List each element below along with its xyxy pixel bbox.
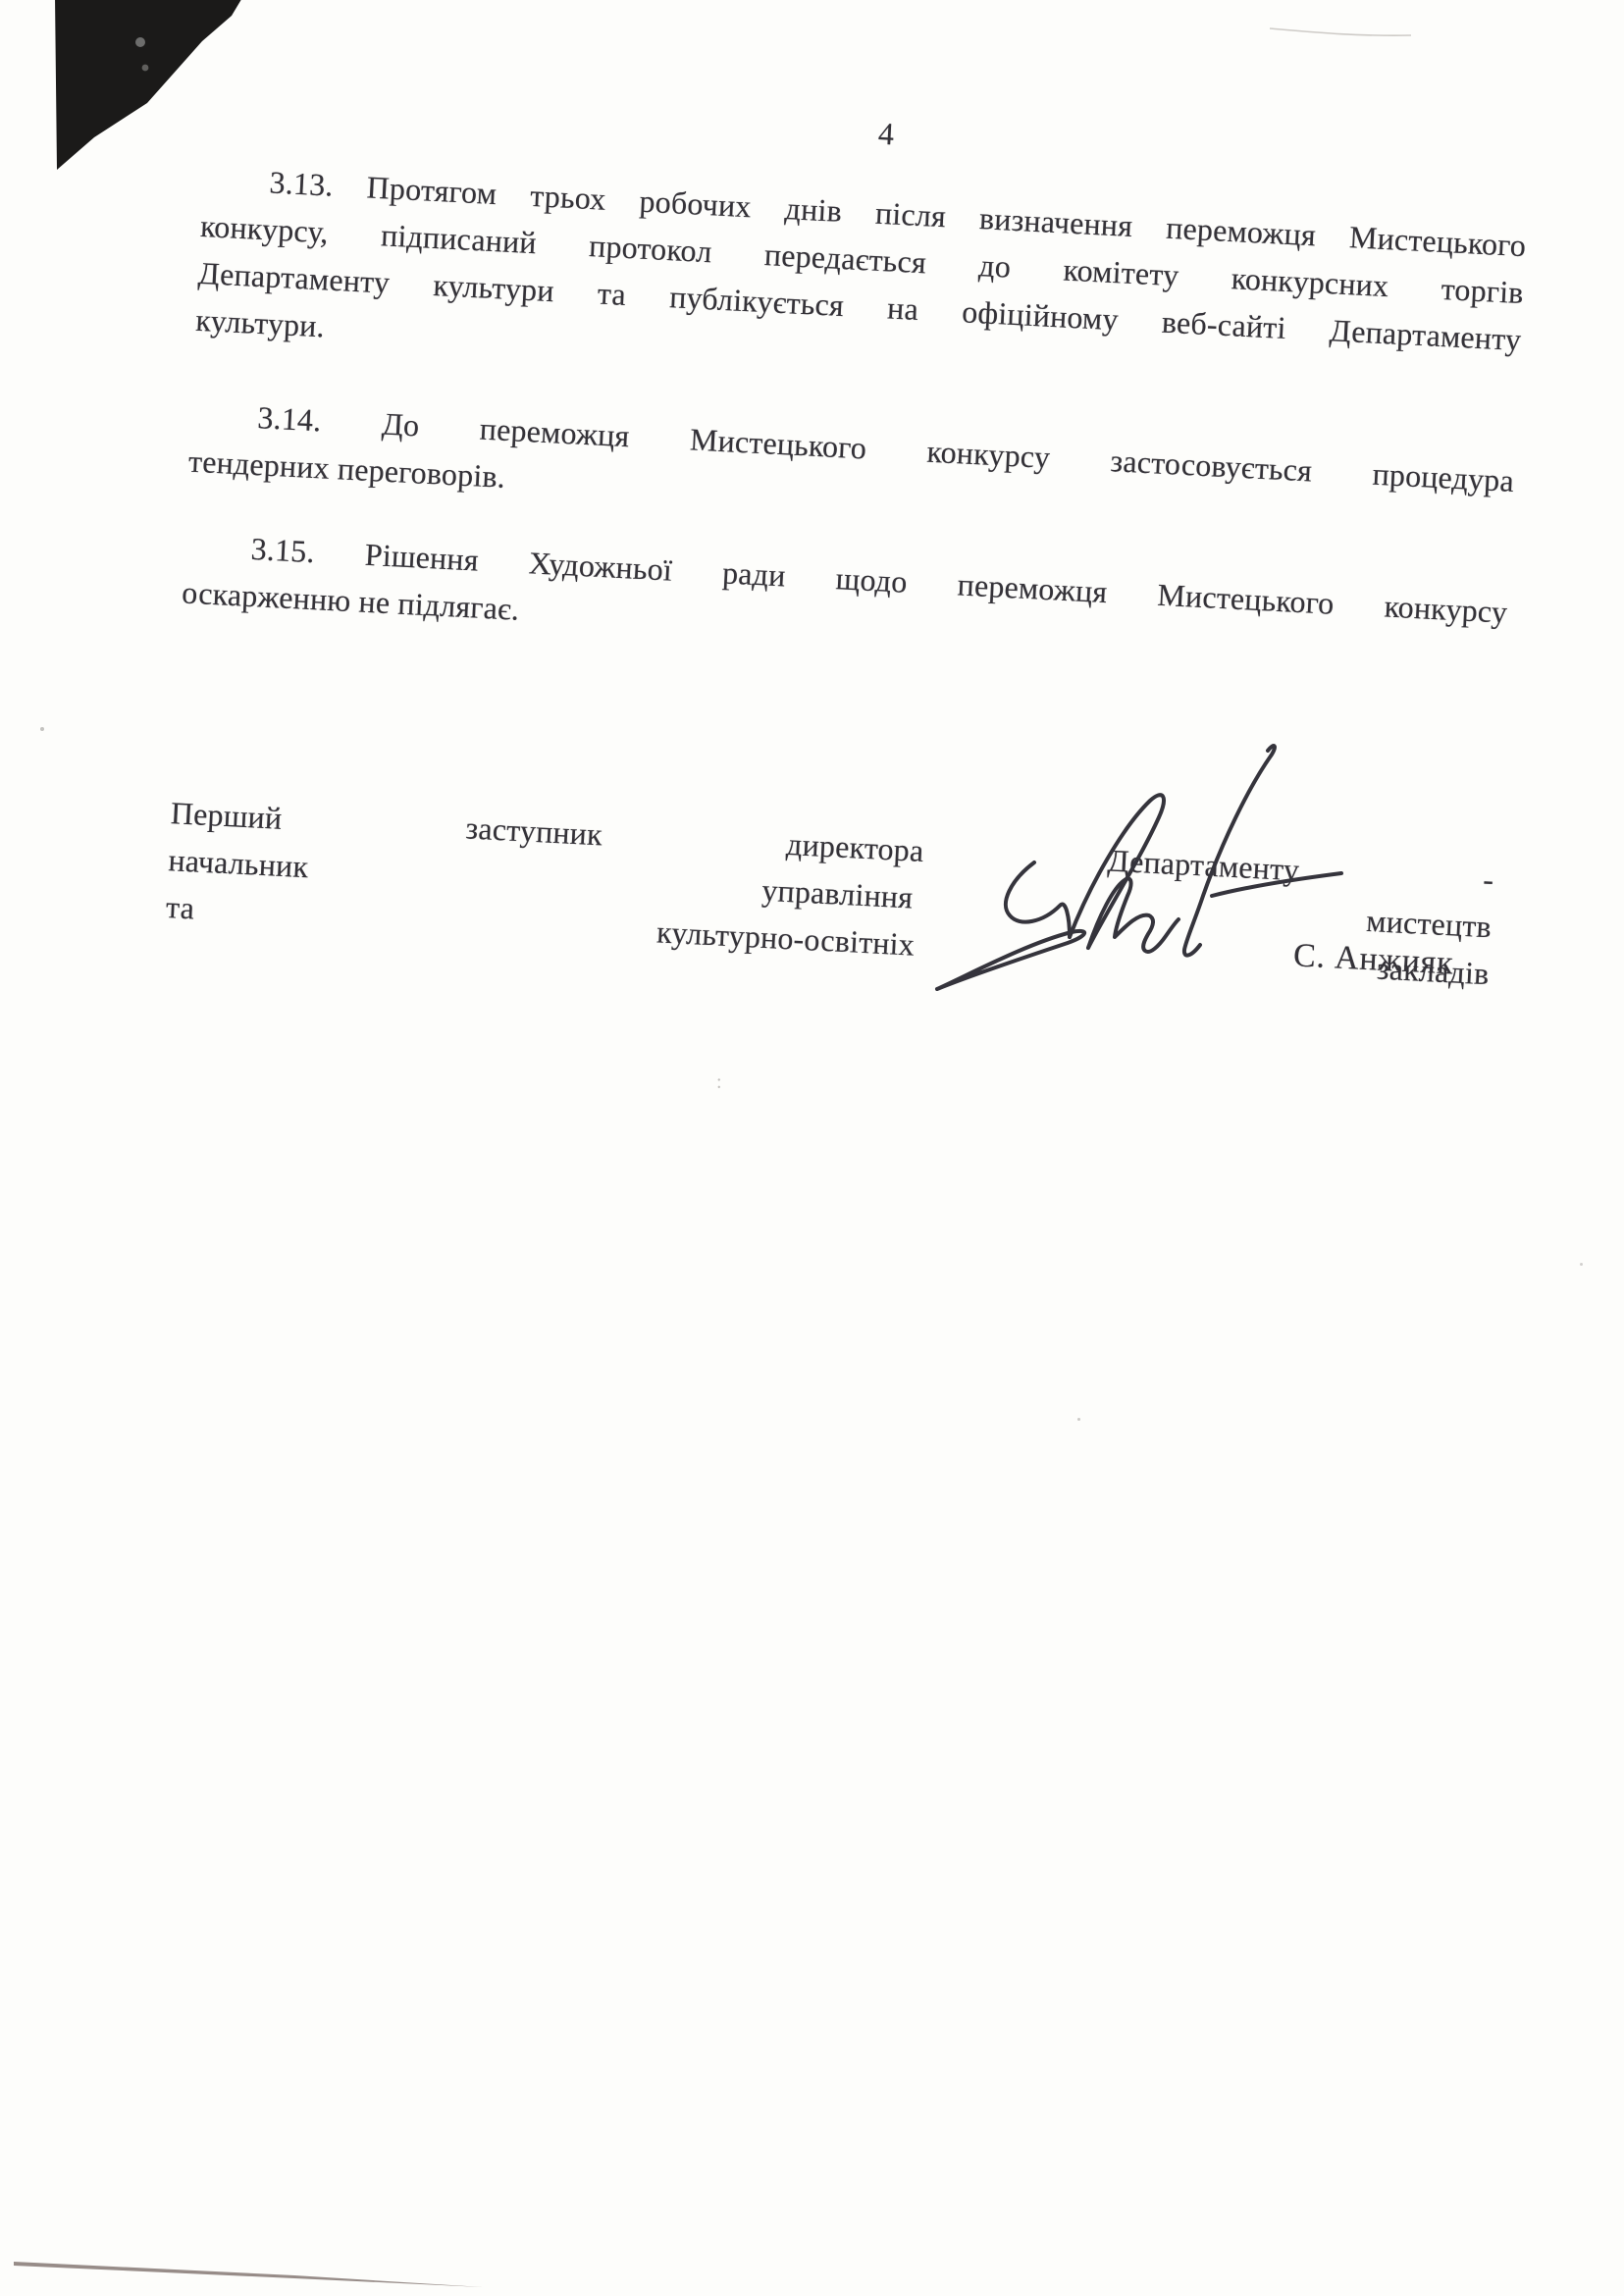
paragraph-3-15: 3.15. Рішення Художньої ради щодо перемо… — [181, 522, 1508, 683]
scan-speck: : — [716, 1071, 722, 1094]
scan-speck — [40, 727, 44, 731]
scan-speck — [1077, 1418, 1080, 1421]
signer-name: С. Анжияк — [1292, 932, 1455, 987]
scan-speck — [1580, 1263, 1583, 1266]
document-body: 3.13. Протягом трьох робочих днів після … — [165, 155, 1527, 997]
page-number: 4 — [877, 116, 895, 153]
scanned-document-page: 4 3.13. Протягом трьох робочих днів післ… — [0, 0, 1624, 2296]
fold-line-artifact — [1256, 15, 1452, 54]
paper-edge-artifact — [0, 2252, 510, 2296]
paragraph-3-13: 3.13. Протягом трьох робочих днів після … — [194, 155, 1527, 410]
paragraph-3-14: 3.14. До переможця Мистецького конкурсу … — [187, 391, 1515, 551]
